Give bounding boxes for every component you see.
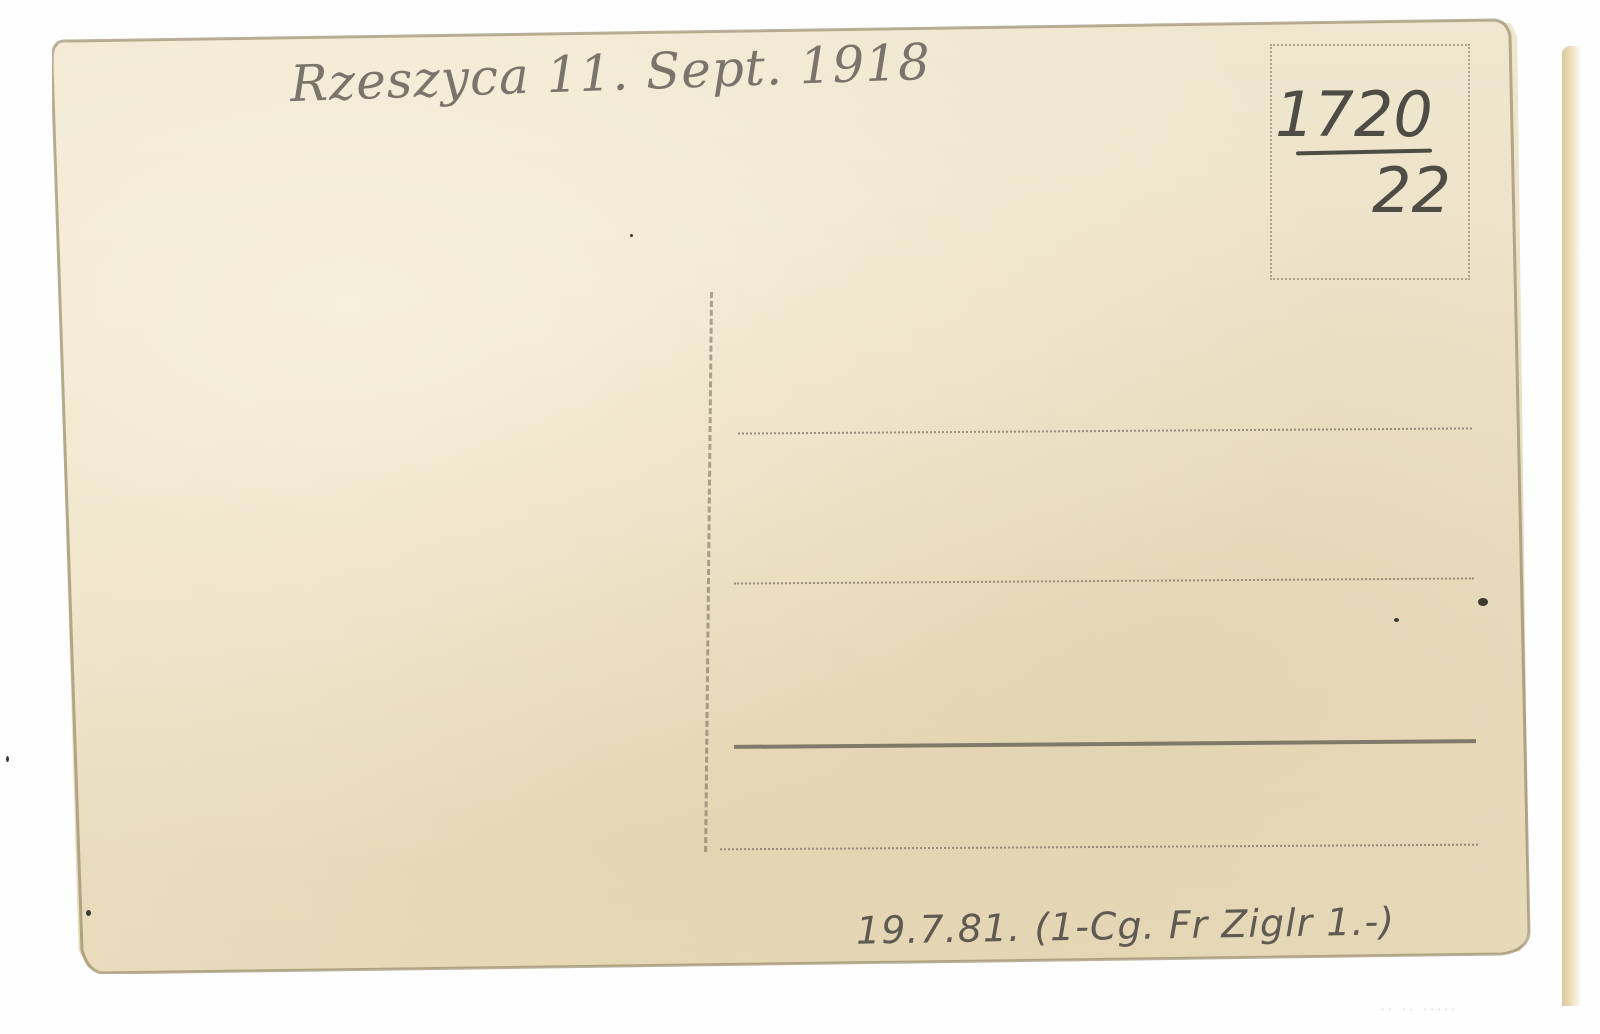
ink-speck bbox=[6, 756, 9, 762]
scan-watermark: ·· ·· ····· bbox=[1380, 1000, 1458, 1019]
handwritten-purchase-note: 19.7.81. (1-Cg. Fr Ziglr 1.-) bbox=[856, 899, 1396, 952]
catalog-number-denominator: 22 bbox=[1372, 154, 1451, 227]
ink-speck bbox=[630, 234, 633, 237]
ink-speck bbox=[1478, 598, 1488, 606]
scan-background: Rzeszyca 11. Sept. 1918 1720 22 19.7.81.… bbox=[0, 0, 1600, 1034]
ink-speck bbox=[86, 910, 91, 916]
adjacent-card-edge bbox=[1562, 46, 1582, 1006]
catalog-number-numerator: 1720 bbox=[1275, 78, 1433, 151]
ink-speck bbox=[1394, 618, 1399, 622]
